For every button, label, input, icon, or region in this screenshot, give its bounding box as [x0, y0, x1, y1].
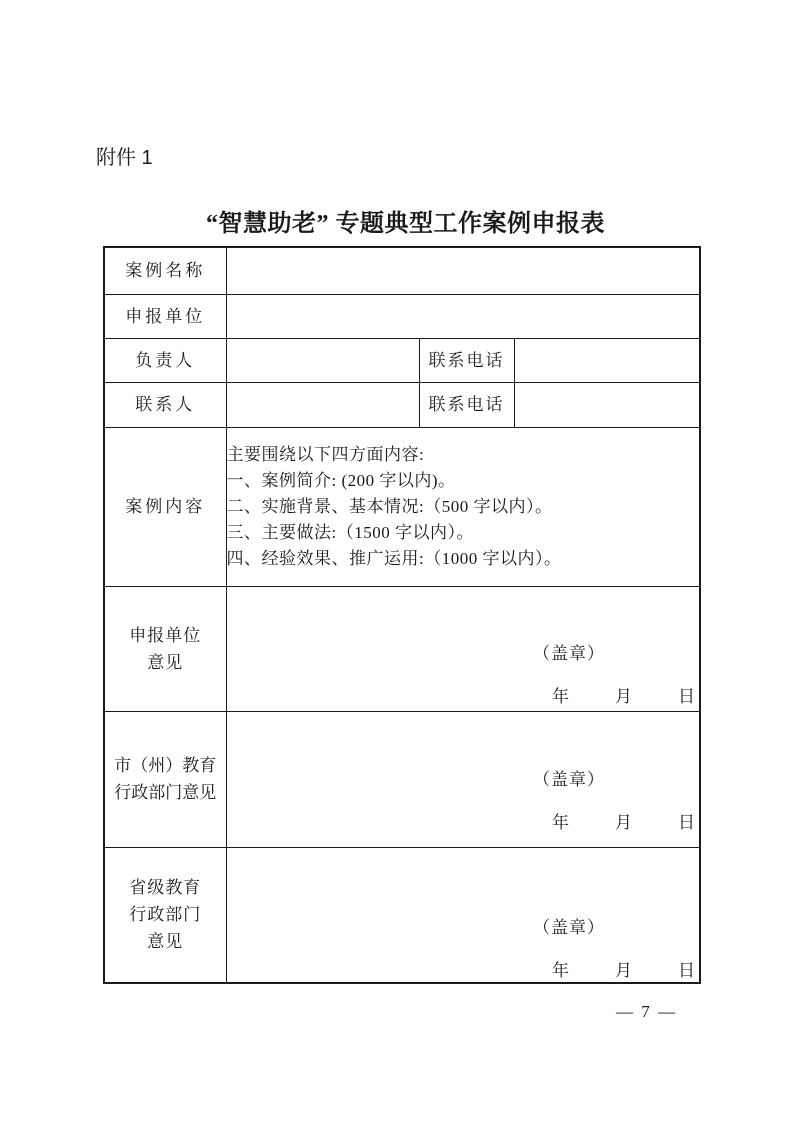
table-row-leader: 负责人 联系电话: [104, 338, 700, 382]
contact-phone-value-cell[interactable]: [514, 382, 700, 427]
table-row-case-content: 案例内容 主要围绕以下四方面内容: 一、案例简介: (200 字以内)。 二、实…: [104, 427, 700, 586]
province-opinion-label-line2: 行政部门: [105, 901, 226, 928]
applicant-unit-value-cell[interactable]: [226, 294, 700, 338]
date-year: 年: [552, 687, 569, 706]
province-opinion-seal-block: （盖章） 年月日: [227, 913, 700, 981]
case-content-item-4: 四、经验效果、推广运用:（1000 字以内）。: [227, 546, 700, 572]
leader-value-cell[interactable]: [226, 338, 419, 382]
province-opinion-label-line1: 省级教育: [105, 874, 226, 901]
contact-label: 联系人: [104, 382, 226, 427]
date-day: 日: [678, 808, 695, 833]
case-content-label: 案例内容: [104, 427, 226, 586]
table-row-case-name: 案例名称: [104, 247, 700, 294]
applicant-opinion-cell[interactable]: （盖章） 年月日: [226, 586, 700, 711]
date-month: 月: [615, 956, 632, 981]
date-day: 日: [678, 956, 695, 981]
date-month: 月: [615, 682, 632, 707]
attachment-label: 附件 1: [96, 146, 153, 170]
page-title: “智慧助老” 专题典型工作案例申报表: [0, 203, 793, 238]
province-opinion-cell[interactable]: （盖章） 年月日: [226, 847, 700, 983]
table-row-applicant-opinion: 申报单位 意见 （盖章） 年月日: [104, 586, 700, 711]
date-year: 年: [552, 961, 569, 980]
applicant-opinion-label-line1: 申报单位: [105, 622, 226, 649]
case-name-label: 案例名称: [104, 247, 226, 294]
table-row-contact: 联系人 联系电话: [104, 382, 700, 427]
applicant-opinion-label-line2: 意见: [105, 649, 226, 676]
application-form-table: 案例名称 申报单位 负责人 联系电话 联系人 联系电话 案例内容 主要围绕以下四…: [103, 246, 701, 984]
city-opinion-label-line1: 市（州）教育: [105, 752, 226, 779]
province-opinion-label-line3: 意见: [105, 928, 226, 955]
city-opinion-cell[interactable]: （盖章） 年月日: [226, 711, 700, 847]
province-opinion-label: 省级教育 行政部门 意见: [104, 847, 226, 983]
applicant-opinion-seal-block: （盖章） 年月日: [227, 639, 700, 707]
city-opinion-seal-block: （盖章） 年月日: [227, 765, 700, 833]
date-line: 年月日: [552, 682, 695, 707]
case-content-item-1: 一、案例简介: (200 字以内)。: [227, 468, 700, 494]
city-opinion-label: 市（州）教育 行政部门意见: [104, 711, 226, 847]
leader-phone-value-cell[interactable]: [514, 338, 700, 382]
table-row-city-opinion: 市（州）教育 行政部门意见 （盖章） 年月日: [104, 711, 700, 847]
contact-phone-label: 联系电话: [419, 382, 514, 427]
date-day: 日: [678, 682, 695, 707]
applicant-unit-label: 申报单位: [104, 294, 226, 338]
case-name-value-cell[interactable]: [226, 247, 700, 294]
date-year: 年: [552, 813, 569, 832]
date-month: 月: [615, 808, 632, 833]
case-content-intro: 主要围绕以下四方面内容:: [227, 442, 700, 468]
page-number: — 7 —: [616, 1002, 677, 1022]
date-line: 年月日: [552, 808, 695, 833]
date-line: 年月日: [552, 956, 695, 981]
document-page: { "accents": { "text_color": "#1a1a1a", …: [0, 0, 793, 1122]
case-content-cell[interactable]: 主要围绕以下四方面内容: 一、案例简介: (200 字以内)。 二、实施背景、基…: [226, 427, 700, 586]
contact-value-cell[interactable]: [226, 382, 419, 427]
seal-text: （盖章）: [533, 913, 605, 938]
case-content-item-3: 三、主要做法:（1500 字以内）。: [227, 520, 700, 546]
case-content-item-2: 二、实施背景、基本情况:（500 字以内）。: [227, 494, 700, 520]
seal-text: （盖章）: [533, 765, 605, 790]
city-opinion-label-line2: 行政部门意见: [105, 779, 226, 806]
applicant-opinion-label: 申报单位 意见: [104, 586, 226, 711]
leader-label: 负责人: [104, 338, 226, 382]
leader-phone-label: 联系电话: [419, 338, 514, 382]
table-row-applicant-unit: 申报单位: [104, 294, 700, 338]
table-row-province-opinion: 省级教育 行政部门 意见 （盖章） 年月日: [104, 847, 700, 983]
seal-text: （盖章）: [533, 639, 605, 664]
